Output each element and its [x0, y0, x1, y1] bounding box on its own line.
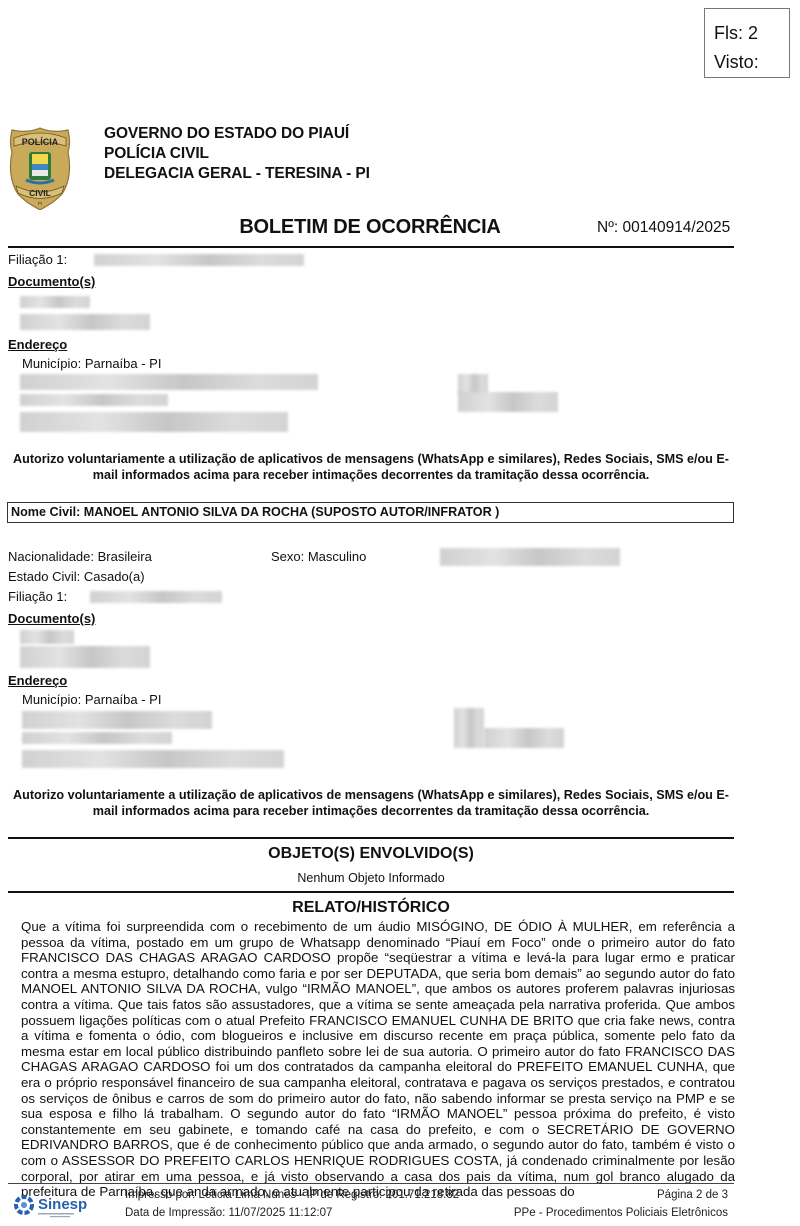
redacted-contact — [458, 392, 558, 412]
estado-civil-value: Estado Civil: Casado(a) — [8, 569, 145, 584]
municipio-value: Município: Parnaíba - PI — [22, 692, 161, 707]
nacionalidade-value: Nacionalidade: Brasileira — [8, 549, 152, 564]
header-line-policia: POLÍCIA CIVIL — [104, 144, 370, 164]
endereco-heading: Endereço — [8, 337, 67, 352]
redacted-address-line — [22, 711, 212, 729]
redacted-filiacao — [90, 591, 222, 603]
redacted-document-type — [20, 630, 74, 644]
relato-title: RELATO/HISTÓRICO — [8, 899, 734, 917]
footer-divider — [8, 1183, 734, 1184]
title-divider — [8, 246, 734, 248]
relato-text: Que a vítima foi surpreendida com o rece… — [21, 919, 735, 1200]
redacted-document-type — [20, 296, 90, 308]
objetos-title: OBJETO(S) ENVOLVIDO(S) — [8, 845, 734, 863]
page-number: Página 2 de 3 — [657, 1189, 728, 1201]
documentos-heading: Documento(s) — [8, 274, 95, 289]
svg-text:POLÍCIA: POLÍCIA — [22, 137, 59, 147]
document-number: Nº: 00140914/2025 — [597, 219, 730, 237]
svg-text:CIVIL: CIVIL — [29, 188, 51, 198]
header-line-delegacia: DELEGACIA GERAL - TERESINA - PI — [104, 164, 370, 184]
nome-civil-box: Nome Civil: MANOEL ANTONIO SILVA DA ROCH… — [7, 502, 734, 523]
section-divider — [8, 837, 734, 839]
redacted-address-line — [20, 412, 288, 432]
redacted-contact — [484, 728, 564, 748]
sinesp-logo-icon: Sinesp — [12, 1191, 104, 1221]
filiacao-label: Filiação 1: — [8, 589, 67, 604]
documentos-heading: Documento(s) — [8, 611, 95, 626]
folha-label: Fls: 2 — [714, 19, 789, 48]
consent-statement: Autorizo voluntariamente a utilização de… — [8, 451, 734, 483]
redacted-contact — [458, 374, 488, 394]
section-divider — [8, 891, 734, 893]
endereco-heading: Endereço — [8, 673, 67, 688]
folha-stamp-box: Fls: 2 Visto: — [704, 8, 790, 78]
sexo-value: Sexo: Masculino — [271, 549, 366, 564]
consent-statement: Autorizo voluntariamente a utilização de… — [8, 787, 734, 819]
redacted-contact — [454, 708, 484, 748]
impresso-por: Impresso por: Leticia Lima Nunes - IP de… — [125, 1189, 459, 1201]
redacted-document-number — [20, 646, 150, 668]
filiacao-label: Filiação 1: — [8, 252, 67, 267]
policia-civil-badge-icon: POLÍCIA CIVIL PI — [8, 126, 72, 210]
redacted-filiacao — [94, 254, 304, 266]
redacted-address-line — [22, 732, 172, 744]
redacted-birth-info — [440, 548, 620, 566]
header-line-government: GOVERNO DO ESTADO DO PIAUÍ — [104, 124, 370, 144]
redacted-address-line — [20, 394, 168, 406]
objetos-value: Nenhum Objeto Informado — [8, 871, 734, 885]
redacted-address-line — [20, 374, 318, 390]
institution-header: GOVERNO DO ESTADO DO PIAUÍ POLÍCIA CIVIL… — [104, 124, 370, 184]
redacted-address-line — [22, 750, 284, 768]
municipio-value: Município: Parnaíba - PI — [22, 356, 161, 371]
data-impressao: Data de Impressão: 11/07/2025 11:12:07 — [125, 1207, 332, 1219]
svg-text:Sinesp: Sinesp — [38, 1196, 87, 1213]
svg-text:PI: PI — [38, 201, 42, 206]
system-name: PPe - Procedimentos Policiais Eletrônico… — [514, 1207, 728, 1219]
visto-label: Visto: — [714, 48, 789, 77]
redacted-document-number — [20, 314, 150, 330]
